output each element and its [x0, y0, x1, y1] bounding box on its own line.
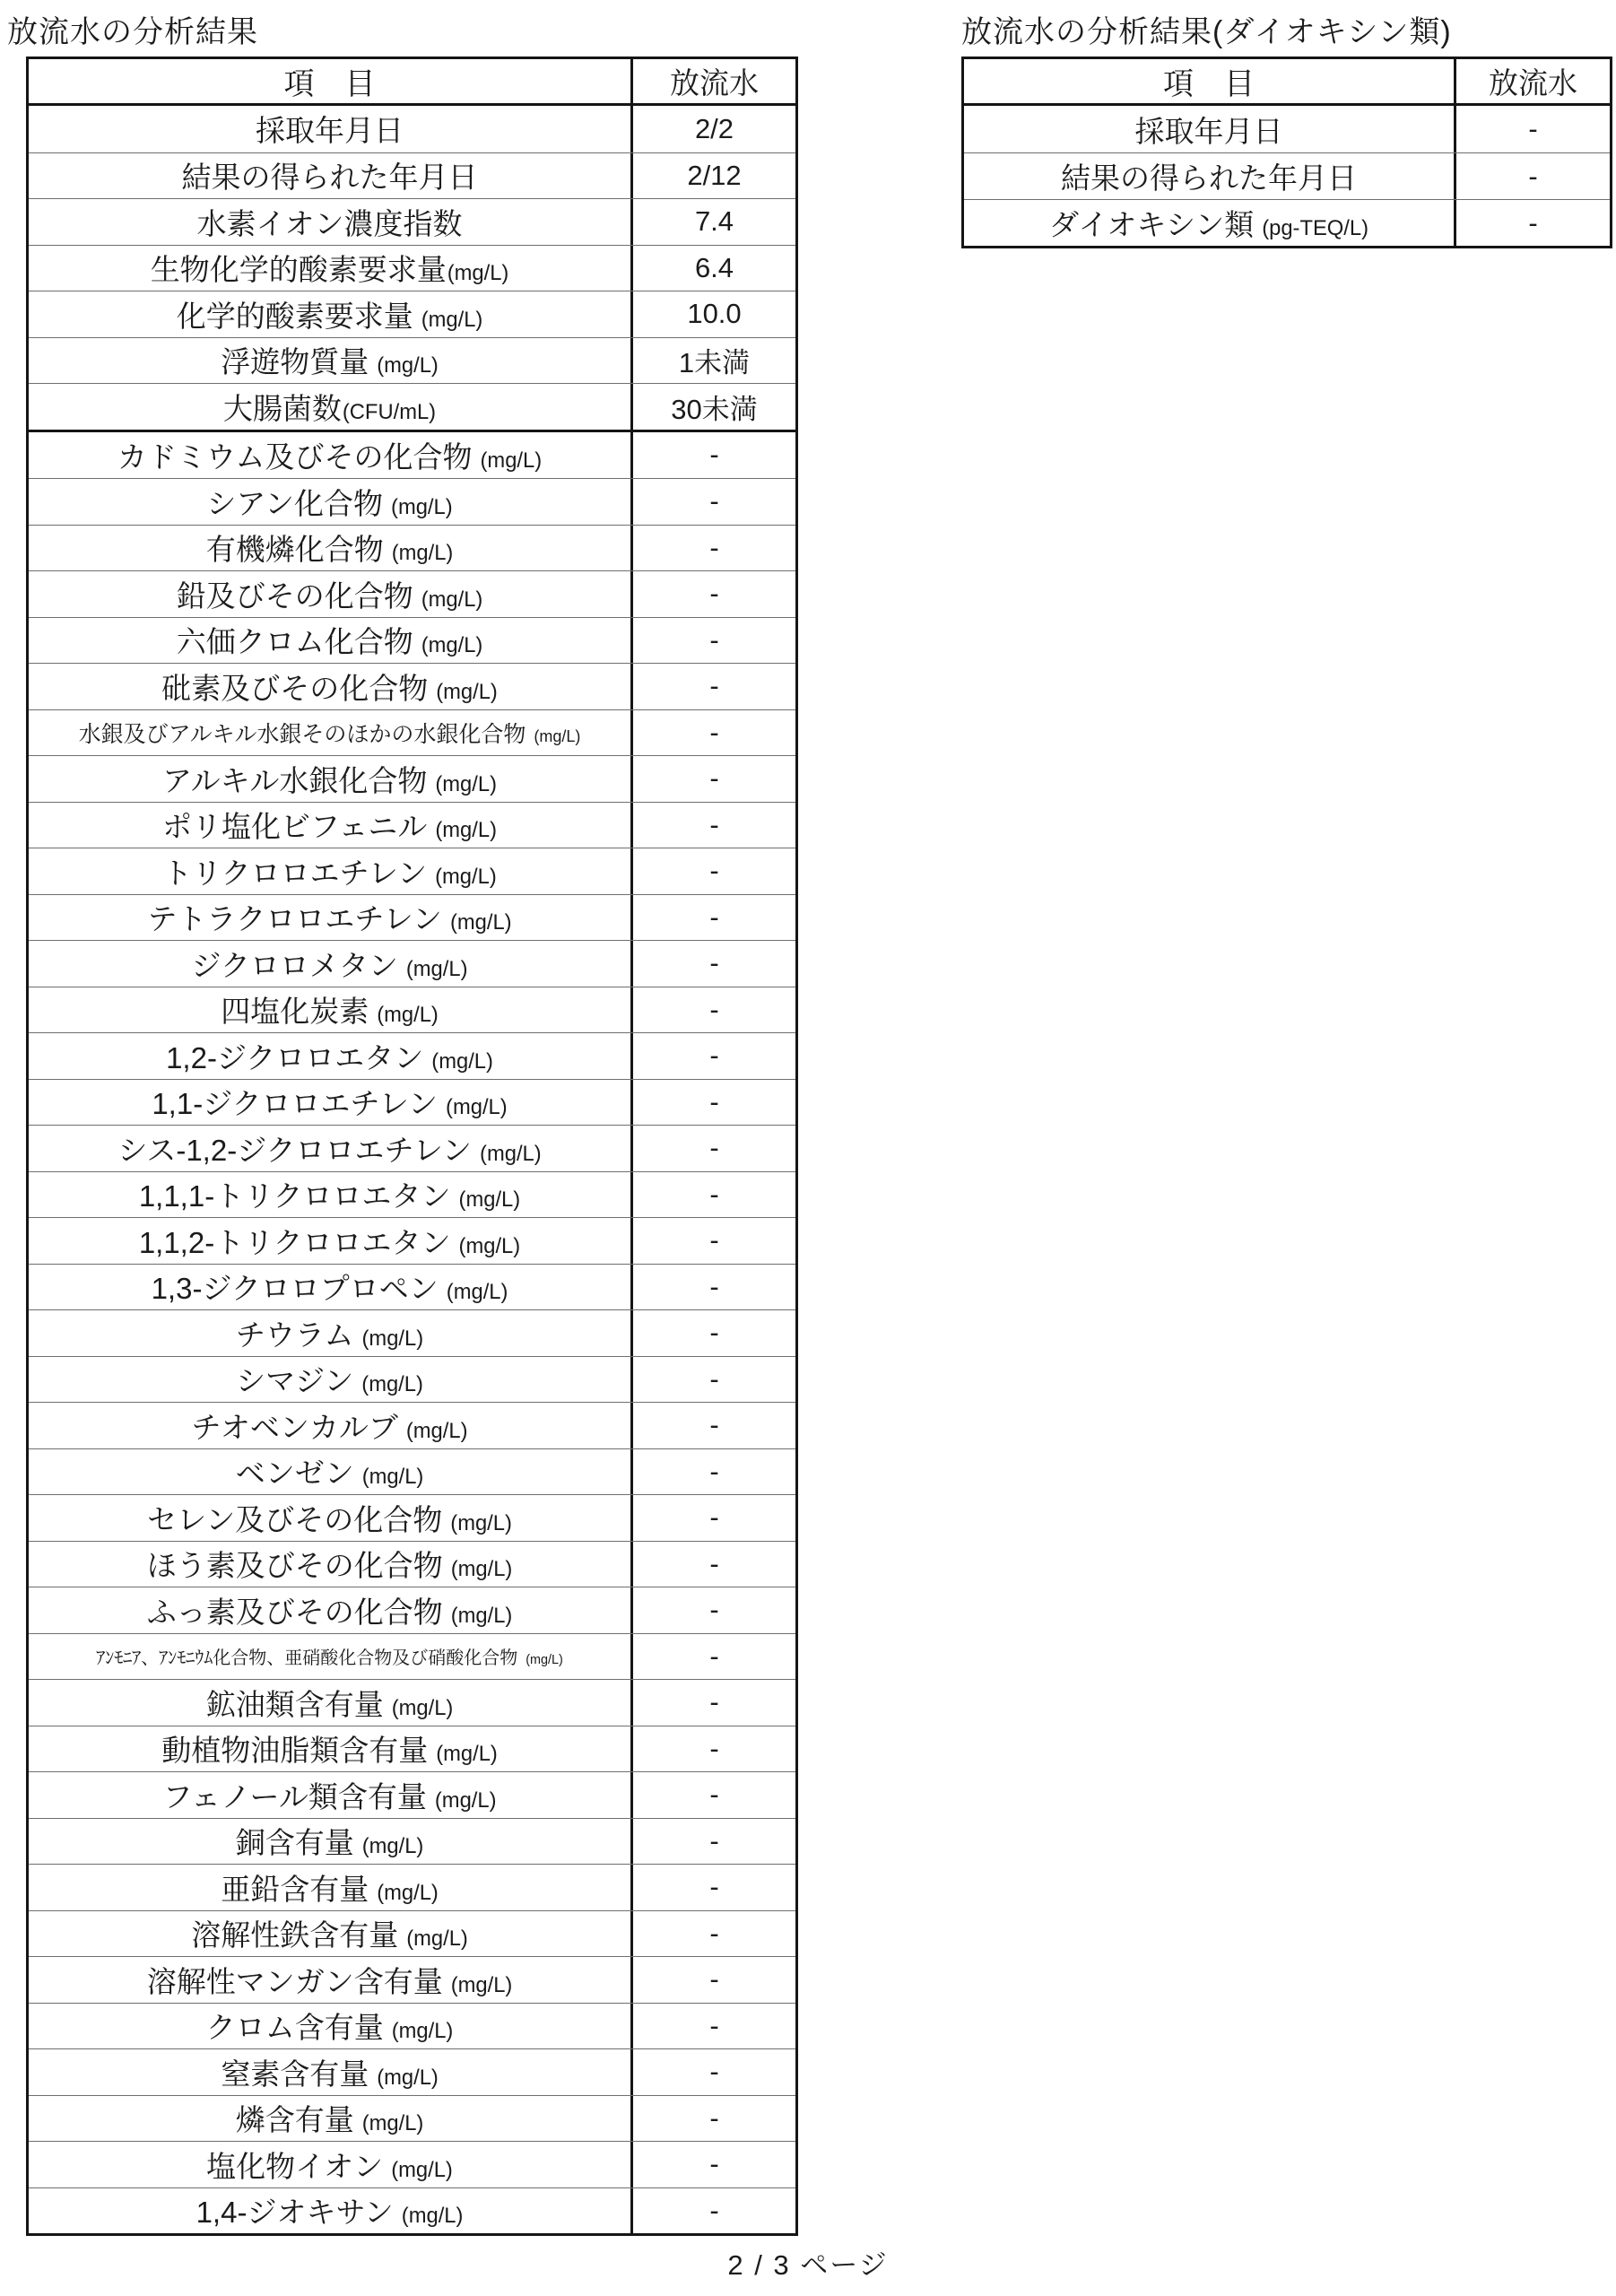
parameter-label: チオベンカルブ: [192, 1411, 398, 1444]
result-value: -: [630, 895, 795, 941]
table-row: 1,4-ジオキサン(mg/L)-: [29, 2187, 795, 2234]
parameter-label: 溶解性鉄含有量: [191, 1918, 398, 1952]
parameter-cell: 1,1,2-トリクロロエタン(mg/L): [29, 1218, 630, 1264]
parameter-label: フェノール類含有量: [163, 1780, 427, 1813]
result-value: -: [630, 710, 795, 756]
parameter-unit: (mg/L): [362, 1326, 424, 1351]
parameter-unit: (mg/L): [459, 1234, 521, 1258]
result-value: 30未満: [630, 384, 795, 430]
table-header-row: 項 目 放流水: [29, 59, 795, 106]
parameter-label: 溶解性マンガン含有量: [147, 1965, 443, 1998]
parameter-cell: 四塩化炭素(mg/L): [29, 987, 630, 1033]
dioxin-items-section: 採取年月日-結果の得られた年月日-ダイオキシン類(pg-TEQ/L)-: [964, 106, 1610, 246]
parameter-label: 結果の得られた年月日: [182, 161, 478, 194]
parameter-label: 有機燐化合物: [206, 533, 384, 566]
parameter-label: 結果の得られた年月日: [1061, 161, 1357, 195]
parameter-unit: (mg/L): [481, 448, 543, 473]
table-row: クロム含有量(mg/L)-: [29, 2003, 795, 2049]
result-value: -: [630, 2188, 795, 2234]
parameter-cell: 燐含有量(mg/L): [29, 2096, 630, 2142]
parameter-cell: 水素イオン濃度指数: [29, 199, 630, 245]
table-row: シアン化合物(mg/L)-: [29, 478, 795, 525]
parameter-label: 砒素及びその化合物: [161, 672, 428, 705]
parameter-unit: (mg/L): [436, 680, 498, 704]
dioxin-analysis-table: 項 目 放流水 採取年月日-結果の得られた年月日-ダイオキシン類(pg-TEQ/…: [961, 57, 1612, 248]
parameter-cell: テトラクロロエチレン(mg/L): [29, 895, 630, 941]
parameter-label: 生物化学的酸素要求量: [151, 253, 447, 286]
parameter-label: 窒素含有量: [221, 2057, 369, 2091]
parameter-label: クロム含有量: [206, 2011, 384, 2044]
table-row: 塩化物イオン(mg/L)-: [29, 2141, 795, 2187]
parameter-unit: (mg/L): [451, 1973, 513, 1997]
parameter-label: 銅含有量: [236, 1826, 354, 1859]
result-value: -: [630, 1126, 795, 1171]
result-value: -: [630, 479, 795, 525]
table-row: テトラクロロエチレン(mg/L)-: [29, 894, 795, 941]
table-row: 燐含有量(mg/L)-: [29, 2095, 795, 2142]
table-row: カドミウム及びその化合物(mg/L)-: [29, 432, 795, 479]
parameter-cell: 鉱油類含有量(mg/L): [29, 1680, 630, 1726]
parameter-label: 亜鉛含有量: [221, 1873, 369, 1906]
parameter-cell: チオベンカルブ(mg/L): [29, 1403, 630, 1448]
parameter-cell: 1,1,1-トリクロロエタン(mg/L): [29, 1172, 630, 1218]
table-row: 1,2-ジクロロエタン(mg/L)-: [29, 1032, 795, 1079]
result-value: 2/2: [630, 106, 795, 152]
parameter-cell: シス-1,2-ジクロロエチレン(mg/L): [29, 1126, 630, 1171]
parameter-label: 六価クロム化合物: [177, 625, 413, 658]
result-value: 1未満: [630, 338, 795, 384]
result-value: -: [630, 1911, 795, 1957]
table-row: 四塩化炭素(mg/L)-: [29, 987, 795, 1033]
parameter-cell: 六価クロム化合物(mg/L): [29, 618, 630, 664]
result-value: 2/12: [630, 153, 795, 199]
result-value: -: [630, 571, 795, 617]
parameter-label: ダイオキシン類: [1049, 208, 1254, 241]
report-page: 放流水の分析結果 放流水の分析結果(ダイオキシン類) 項 目 放流水 採取年月日…: [0, 0, 1616, 2296]
parameter-unit: (mg/L): [435, 865, 497, 889]
parameter-label: 鉛及びその化合物: [177, 579, 413, 613]
result-value: -: [1454, 200, 1610, 246]
parameter-unit: (mg/L): [534, 727, 580, 745]
table-row: 1,1,1-トリクロロエタン(mg/L)-: [29, 1171, 795, 1218]
table-row: チオベンカルブ(mg/L)-: [29, 1402, 795, 1448]
parameter-label: 水素イオン濃度指数: [196, 207, 462, 240]
parameter-cell: ジクロロメタン(mg/L): [29, 941, 630, 987]
result-value: -: [630, 848, 795, 894]
parameter-label: 1,1,1-トリクロロエタン: [139, 1179, 451, 1213]
result-value: -: [630, 2004, 795, 2049]
column-header-value: 放流水: [1454, 59, 1610, 103]
parameter-unit: (mg/L): [447, 1280, 508, 1304]
parameter-unit: (mg/L): [362, 2111, 424, 2135]
result-value: -: [630, 1310, 795, 1356]
parameter-cell: 鉛及びその化合物(mg/L): [29, 571, 630, 617]
parameter-unit: (mg/L): [392, 2019, 454, 2043]
parameter-unit: (mg/L): [436, 1742, 498, 1766]
parameter-unit: (mg/L): [446, 1095, 508, 1119]
parameter-unit: (mg/L): [451, 1604, 513, 1628]
parameter-label: ポリ塩化ビフェニル: [162, 810, 427, 843]
table-row: ふっ素及びその化合物(mg/L)-: [29, 1587, 795, 1633]
table-row: 鉛及びその化合物(mg/L)-: [29, 570, 795, 617]
parameter-cell: 1,1-ジクロロエチレン(mg/L): [29, 1080, 630, 1126]
parameter-unit: (mg/L): [435, 818, 497, 842]
parameter-unit: (mg/L): [377, 2066, 439, 2090]
result-value: -: [630, 1218, 795, 1264]
table-row: ほう素及びその化合物(mg/L)-: [29, 1541, 795, 1587]
table-row: アルキル水銀化合物(mg/L)-: [29, 755, 795, 802]
result-value: -: [630, 1449, 795, 1495]
parameter-cell: シアン化合物(mg/L): [29, 479, 630, 525]
result-value: -: [630, 1819, 795, 1865]
parameter-cell: 化学的酸素要求量(mg/L): [29, 291, 630, 337]
parameter-cell: ｱﾝﾓﾆｱ、ｱﾝﾓﾆｳﾑ化合物、亜硝酸化合物及び硝酸化合物(mg/L): [29, 1634, 630, 1680]
general-items-section: 採取年月日2/2結果の得られた年月日2/12水素イオン濃度指数7.4生物化学的酸…: [29, 106, 795, 430]
parameter-unit: (mg/L): [435, 1788, 497, 1813]
parameter-cell: 有機燐化合物(mg/L): [29, 526, 630, 571]
parameter-label: 動植物油脂類含有量: [161, 1734, 428, 1767]
parameter-label: 1,3-ジクロロプロペン: [152, 1272, 439, 1305]
parameter-cell: 動植物油脂類含有量(mg/L): [29, 1726, 630, 1772]
parameter-unit: (mg/L): [526, 1653, 563, 1667]
table-row: 銅含有量(mg/L)-: [29, 1818, 795, 1865]
parameter-label: トリクロロエチレン: [162, 857, 427, 890]
parameter-label: 採取年月日: [256, 114, 404, 147]
parameter-unit: (mg/L): [421, 587, 483, 612]
parameter-unit: (mg/L): [451, 1557, 513, 1581]
parameter-label: 採取年月日: [1135, 115, 1283, 148]
parameter-unit: (mg/L): [406, 1419, 468, 1443]
table-row: 生物化学的酸素要求量(mg/L)6.4: [29, 245, 795, 291]
table-row: ポリ塩化ビフェニル(mg/L)-: [29, 802, 795, 848]
right-table-title: 放流水の分析結果(ダイオキシン類): [961, 7, 1452, 51]
parameter-label: 1,1-ジクロロエチレン: [152, 1087, 438, 1120]
result-value: -: [630, 1172, 795, 1218]
result-value: -: [630, 1680, 795, 1726]
table-row: 化学的酸素要求量(mg/L)10.0: [29, 291, 795, 337]
parameter-unit: (mg/L): [431, 1049, 493, 1074]
result-value: -: [630, 1772, 795, 1818]
parameter-cell: 大腸菌数(CFU/mL): [29, 384, 630, 430]
table-row: 1,1-ジクロロエチレン(mg/L)-: [29, 1079, 795, 1126]
parameter-label: シアン化合物: [206, 487, 383, 520]
parameter-label: 水銀及びアルキル水銀そのほかの水銀化合物: [79, 722, 526, 747]
table-row: 鉱油類含有量(mg/L)-: [29, 1679, 795, 1726]
parameter-cell: 水銀及びアルキル水銀そのほかの水銀化合物(mg/L): [29, 710, 630, 756]
parameter-cell: 採取年月日: [29, 106, 630, 152]
parameter-label: シス-1,2-ジクロロエチレン: [117, 1134, 472, 1167]
parameter-unit: (mg/L): [406, 957, 468, 981]
parameter-cell: 採取年月日: [964, 106, 1454, 152]
parameter-cell: 1,4-ジオキサン(mg/L): [29, 2188, 630, 2234]
parameter-label: ベンゼン: [236, 1457, 354, 1490]
parameter-unit: (mg/L): [459, 1187, 521, 1212]
table-row: 溶解性マンガン含有量(mg/L)-: [29, 1956, 795, 2003]
parameter-unit: (mg/L): [402, 2204, 464, 2228]
parameter-cell: 溶解性鉄含有量(mg/L): [29, 1911, 630, 1957]
result-value: -: [630, 1403, 795, 1448]
result-value: -: [630, 1542, 795, 1587]
table-row: 採取年月日-: [964, 106, 1610, 152]
result-value: -: [630, 1033, 795, 1079]
result-value: -: [630, 664, 795, 709]
parameter-cell: 溶解性マンガン含有量(mg/L): [29, 1957, 630, 2003]
parameter-cell: セレン及びその化合物(mg/L): [29, 1495, 630, 1541]
parameter-cell: 1,2-ジクロロエタン(mg/L): [29, 1033, 630, 1079]
parameter-unit: (mg/L): [450, 910, 512, 935]
column-header-item: 項 目: [964, 59, 1454, 103]
parameter-cell: フェノール類含有量(mg/L): [29, 1772, 630, 1818]
result-value: -: [630, 432, 795, 479]
result-value: -: [630, 1957, 795, 2003]
table-row: 結果の得られた年月日2/12: [29, 152, 795, 199]
result-value: -: [630, 1080, 795, 1126]
parameter-unit: (mg/L): [391, 2158, 453, 2182]
parameter-unit: (pg-TEQ/L): [1262, 216, 1368, 240]
discharge-water-analysis-table: 項 目 放流水 採取年月日2/2結果の得られた年月日2/12水素イオン濃度指数7…: [26, 57, 798, 2236]
table-row: ベンゼン(mg/L)-: [29, 1448, 795, 1495]
parameter-label: シマジン: [236, 1364, 353, 1397]
parameter-label: セレン及びその化合物: [147, 1503, 442, 1536]
table-row: セレン及びその化合物(mg/L)-: [29, 1494, 795, 1541]
table-row: 1,1,2-トリクロロエタン(mg/L)-: [29, 1217, 795, 1264]
parameter-unit: (mg/L): [421, 633, 483, 657]
parameter-unit: (mg/L): [362, 1465, 424, 1489]
table-row: チウラム(mg/L)-: [29, 1309, 795, 1356]
result-value: 10.0: [630, 291, 795, 337]
parameter-unit: (mg/L): [392, 541, 454, 565]
table-row: シマジン(mg/L)-: [29, 1356, 795, 1403]
parameter-label: ふっ素及びその化合物: [147, 1596, 443, 1629]
table-row: 有機燐化合物(mg/L)-: [29, 525, 795, 571]
parameter-label: チウラム: [236, 1318, 354, 1352]
table-row: 砒素及びその化合物(mg/L)-: [29, 663, 795, 709]
left-table-title: 放流水の分析結果: [7, 7, 258, 51]
table-row: 窒素含有量(mg/L)-: [29, 2048, 795, 2095]
parameter-label: 1,2-ジクロロエタン: [166, 1041, 423, 1074]
parameter-label: 塩化物イオン: [206, 2150, 383, 2183]
parameter-unit: (mg/L): [392, 1696, 454, 1720]
parameter-cell: 生物化学的酸素要求量(mg/L): [29, 246, 630, 291]
table-row: 採取年月日2/2: [29, 106, 795, 152]
parameter-cell: 銅含有量(mg/L): [29, 1819, 630, 1865]
parameter-unit: (mg/L): [480, 1142, 542, 1166]
result-value: -: [1454, 153, 1610, 199]
parameter-label: 鉱油類含有量: [206, 1688, 384, 1721]
parameter-unit: (mg/L): [450, 1511, 512, 1535]
table-row: 動植物油脂類含有量(mg/L)-: [29, 1726, 795, 1772]
parameter-unit: (mg/L): [406, 1926, 468, 1951]
parameter-cell: 砒素及びその化合物(mg/L): [29, 664, 630, 709]
result-value: -: [630, 2142, 795, 2187]
parameter-cell: 亜鉛含有量(mg/L): [29, 1865, 630, 1910]
table-row: ジクロロメタン(mg/L)-: [29, 940, 795, 987]
parameter-unit: (mg/L): [435, 772, 497, 796]
table-row: 六価クロム化合物(mg/L)-: [29, 617, 795, 664]
result-value: -: [630, 1265, 795, 1310]
parameter-label: 燐含有量: [236, 2103, 354, 2136]
table-row: 1,3-ジクロロプロペン(mg/L)-: [29, 1264, 795, 1310]
column-header-value: 放流水: [630, 59, 795, 103]
parameter-cell: ポリ塩化ビフェニル(mg/L): [29, 803, 630, 848]
parameter-label: 大腸菌数: [223, 392, 342, 425]
table-row: 亜鉛含有量(mg/L)-: [29, 1864, 795, 1910]
table-row: トリクロロエチレン(mg/L)-: [29, 848, 795, 894]
parameter-cell: カドミウム及びその化合物(mg/L): [29, 432, 630, 479]
table-row: 大腸菌数(CFU/mL)30未満: [29, 383, 795, 430]
parameter-label: テトラクロロエチレン: [147, 902, 442, 935]
table-row: シス-1,2-ジクロロエチレン(mg/L)-: [29, 1125, 795, 1171]
result-value: -: [630, 1865, 795, 1910]
hazardous-substances-section: カドミウム及びその化合物(mg/L)-シアン化合物(mg/L)-有機燐化合物(m…: [29, 430, 795, 2234]
result-value: 6.4: [630, 246, 795, 291]
parameter-cell: 窒素含有量(mg/L): [29, 2049, 630, 2095]
result-value: -: [630, 987, 795, 1033]
result-value: -: [630, 756, 795, 802]
table-row: 水素イオン濃度指数7.4: [29, 198, 795, 245]
table-row: 浮遊物質量(mg/L)1未満: [29, 337, 795, 384]
parameter-cell: アルキル水銀化合物(mg/L): [29, 756, 630, 802]
parameter-label: 1,1,2-トリクロロエタン: [139, 1226, 451, 1259]
parameter-cell: ふっ素及びその化合物(mg/L): [29, 1587, 630, 1633]
table-row: 結果の得られた年月日-: [964, 152, 1610, 199]
parameter-label: 化学的酸素要求量: [177, 300, 413, 333]
result-value: -: [630, 2049, 795, 2095]
parameter-unit: (mg/L): [377, 1881, 439, 1905]
parameter-label: 1,4-ジオキサン: [196, 2196, 394, 2229]
result-value: -: [630, 941, 795, 987]
result-value: -: [630, 803, 795, 848]
parameter-cell: トリクロロエチレン(mg/L): [29, 848, 630, 894]
parameter-unit: (CFU/mL): [343, 400, 436, 424]
table-row: ダイオキシン類(pg-TEQ/L)-: [964, 199, 1610, 246]
result-value: -: [630, 1634, 795, 1680]
parameter-cell: ほう素及びその化合物(mg/L): [29, 1542, 630, 1587]
parameter-unit: (mg/L): [391, 495, 453, 519]
parameter-cell: 結果の得られた年月日: [29, 153, 630, 199]
parameter-label: ジクロロメタン: [192, 949, 398, 982]
result-value: -: [630, 1495, 795, 1541]
parameter-cell: 1,3-ジクロロプロペン(mg/L): [29, 1265, 630, 1310]
result-value: -: [630, 1357, 795, 1403]
result-value: -: [630, 618, 795, 664]
parameter-label: カドミウム及びその化合物: [117, 440, 473, 474]
page-number: 2 / 3 ページ: [0, 2242, 1616, 2283]
parameter-cell: クロム含有量(mg/L): [29, 2004, 630, 2049]
parameter-unit: (mg/L): [362, 1834, 424, 1858]
parameter-cell: ダイオキシン類(pg-TEQ/L): [964, 200, 1454, 246]
parameter-cell: チウラム(mg/L): [29, 1310, 630, 1356]
result-value: -: [630, 526, 795, 571]
result-value: -: [1454, 106, 1610, 152]
result-value: -: [630, 2096, 795, 2142]
parameter-cell: 浮遊物質量(mg/L): [29, 338, 630, 384]
parameter-label: 四塩化炭素: [221, 995, 369, 1028]
parameter-cell: ベンゼン(mg/L): [29, 1449, 630, 1495]
parameter-cell: 塩化物イオン(mg/L): [29, 2142, 630, 2187]
table-row: 溶解性鉄含有量(mg/L)-: [29, 1910, 795, 1957]
table-row: 水銀及びアルキル水銀そのほかの水銀化合物(mg/L)-: [29, 709, 795, 756]
parameter-cell: シマジン(mg/L): [29, 1357, 630, 1403]
parameter-unit: (mg/L): [361, 1372, 423, 1396]
parameter-unit: (mg/L): [421, 308, 483, 332]
column-header-item: 項 目: [29, 59, 630, 103]
result-value: 7.4: [630, 199, 795, 245]
parameter-label: ｱﾝﾓﾆｱ、ｱﾝﾓﾆｳﾑ化合物、亜硝酸化合物及び硝酸化合物: [96, 1648, 517, 1668]
table-row: フェノール類含有量(mg/L)-: [29, 1771, 795, 1818]
table-header-row: 項 目 放流水: [964, 59, 1610, 106]
result-value: -: [630, 1587, 795, 1633]
table-row: ｱﾝﾓﾆｱ、ｱﾝﾓﾆｳﾑ化合物、亜硝酸化合物及び硝酸化合物(mg/L)-: [29, 1633, 795, 1680]
parameter-cell: 結果の得られた年月日: [964, 153, 1454, 199]
result-value: -: [630, 1726, 795, 1772]
parameter-unit: (mg/L): [377, 1003, 439, 1027]
parameter-label: アルキル水銀化合物: [162, 764, 427, 797]
parameter-label: 浮遊物質量: [221, 345, 369, 378]
parameter-unit: (mg/L): [447, 261, 509, 285]
parameter-unit: (mg/L): [377, 353, 439, 378]
parameter-label: ほう素及びその化合物: [147, 1549, 443, 1582]
